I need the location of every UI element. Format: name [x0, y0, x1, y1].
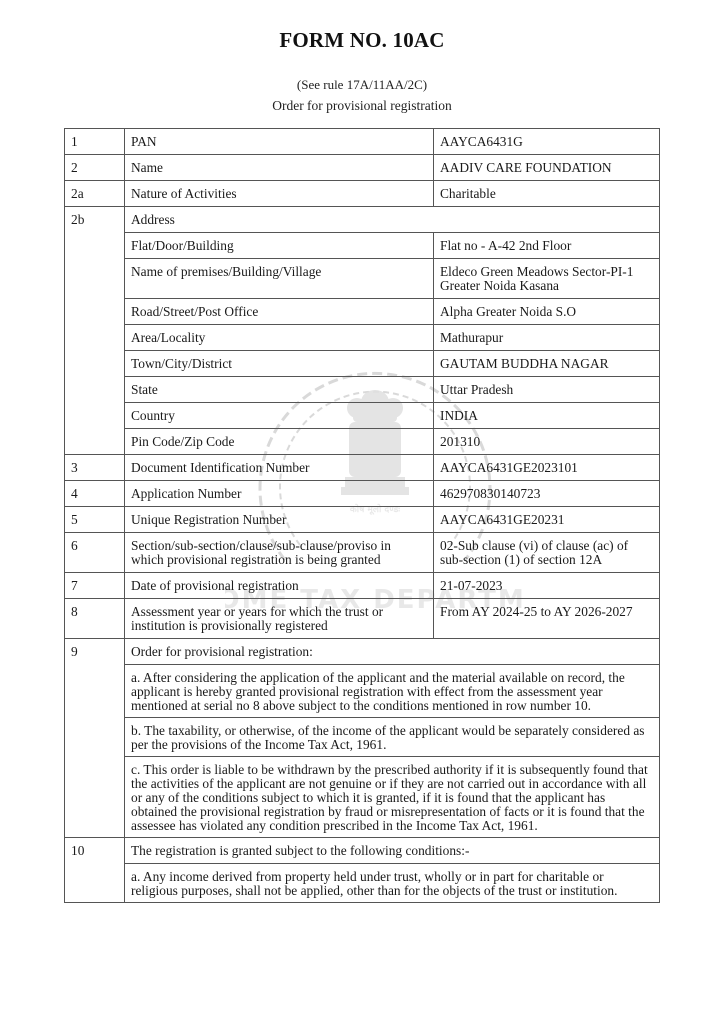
table-row-pan: 1 PAN AAYCA6431G [65, 129, 660, 155]
registration-form-table: 1 PAN AAYCA6431G 2 Name AADIV CARE FOUND… [64, 128, 660, 903]
row-number: 4 [65, 481, 125, 507]
order-paragraph-a: a. After considering the application of … [65, 665, 660, 718]
table-row-registration-date: 7 Date of provisional registration 21-07… [65, 573, 660, 599]
field-label-application-number: Application Number [125, 481, 434, 507]
field-label-town: Town/City/District [125, 351, 434, 377]
table-row-registration-number: 5 Unique Registration Number AAYCA6431GE… [65, 507, 660, 533]
field-label-registration-date: Date of provisional registration [125, 573, 434, 599]
field-value-document-id: AAYCA6431GE2023101 [434, 455, 660, 481]
field-value-state: Uttar Pradesh [434, 377, 660, 403]
row-number: 2 [65, 155, 125, 181]
order-text-b: b. The taxability, or otherwise, of the … [125, 718, 660, 757]
table-row-conditions: 10 The registration is granted subject t… [65, 838, 660, 864]
field-value-premises: Eldeco Green Meadows Sector-PI-1 Greater… [434, 259, 660, 299]
table-row-name: 2 Name AADIV CARE FOUNDATION [65, 155, 660, 181]
address-row-state: State Uttar Pradesh [65, 377, 660, 403]
field-value-country: INDIA [434, 403, 660, 429]
field-label-registration-number: Unique Registration Number [125, 507, 434, 533]
address-row-premises: Name of premises/Building/Village Eldeco… [65, 259, 660, 299]
row-number: 10 [65, 838, 125, 903]
table-row-document-id: 3 Document Identification Number AAYCA64… [65, 455, 660, 481]
field-label-country: Country [125, 403, 434, 429]
row-number: 1 [65, 129, 125, 155]
field-value-road: Alpha Greater Noida S.O [434, 299, 660, 325]
row-number: 3 [65, 455, 125, 481]
field-label-pincode: Pin Code/Zip Code [125, 429, 434, 455]
order-paragraph-c: c. This order is liable to be withdrawn … [65, 757, 660, 838]
table-row-nature-of-activities: 2a Nature of Activities Charitable [65, 181, 660, 207]
row-number: 7 [65, 573, 125, 599]
field-label-assessment-years: Assessment year or years for which the t… [125, 599, 434, 639]
field-label-road: Road/Street/Post Office [125, 299, 434, 325]
address-row-town: Town/City/District GAUTAM BUDDHA NAGAR [65, 351, 660, 377]
field-value-application-number: 462970830140723 [434, 481, 660, 507]
order-heading: Order for provisional registration: [125, 639, 660, 665]
row-number: 9 [65, 639, 125, 838]
field-value-section: 02-Sub clause (vi) of clause (ac) of sub… [434, 533, 660, 573]
row-number: 6 [65, 533, 125, 573]
row-number: 2b [65, 207, 125, 455]
field-label-section: Section/sub-section/clause/sub-clause/pr… [125, 533, 434, 573]
address-row-flat: Flat/Door/Building Flat no - A-42 2nd Fl… [65, 233, 660, 259]
form-subtitle: Order for provisional registration [0, 98, 724, 114]
conditions-heading: The registration is granted subject to t… [125, 838, 660, 864]
field-value-nature-of-activities: Charitable [434, 181, 660, 207]
field-label-flat: Flat/Door/Building [125, 233, 434, 259]
address-row-pincode: Pin Code/Zip Code 201310 [65, 429, 660, 455]
field-value-town: GAUTAM BUDDHA NAGAR [434, 351, 660, 377]
field-label-document-id: Document Identification Number [125, 455, 434, 481]
table-row-address: 2b Address [65, 207, 660, 233]
field-label-address: Address [125, 207, 660, 233]
field-label-premises: Name of premises/Building/Village [125, 259, 434, 299]
field-value-flat: Flat no - A-42 2nd Floor [434, 233, 660, 259]
field-label-state: State [125, 377, 434, 403]
field-label-area: Area/Locality [125, 325, 434, 351]
table-row-application-number: 4 Application Number 462970830140723 [65, 481, 660, 507]
address-row-area: Area/Locality Mathurapur [65, 325, 660, 351]
form-rule-reference: (See rule 17A/11AA/2C) [0, 77, 724, 93]
field-value-registration-date: 21-07-2023 [434, 573, 660, 599]
field-label-name: Name [125, 155, 434, 181]
field-value-area: Mathurapur [434, 325, 660, 351]
form-title: FORM NO. 10AC [0, 28, 724, 53]
address-row-country: Country INDIA [65, 403, 660, 429]
field-value-pan: AAYCA6431G [434, 129, 660, 155]
row-number: 5 [65, 507, 125, 533]
order-paragraph-b: b. The taxability, or otherwise, of the … [65, 718, 660, 757]
condition-text-a: a. Any income derived from property held… [125, 864, 660, 903]
order-text-a: a. After considering the application of … [125, 665, 660, 718]
field-value-registration-number: AAYCA6431GE20231 [434, 507, 660, 533]
field-value-pincode: 201310 [434, 429, 660, 455]
field-value-name: AADIV CARE FOUNDATION [434, 155, 660, 181]
field-label-pan: PAN [125, 129, 434, 155]
row-number: 2a [65, 181, 125, 207]
field-value-assessment-years: From AY 2024-25 to AY 2026-2027 [434, 599, 660, 639]
table-row-assessment-years: 8 Assessment year or years for which the… [65, 599, 660, 639]
condition-paragraph-a: a. Any income derived from property held… [65, 864, 660, 903]
order-text-c: c. This order is liable to be withdrawn … [125, 757, 660, 838]
field-label-nature-of-activities: Nature of Activities [125, 181, 434, 207]
table-row-order: 9 Order for provisional registration: [65, 639, 660, 665]
row-number: 8 [65, 599, 125, 639]
address-row-road: Road/Street/Post Office Alpha Greater No… [65, 299, 660, 325]
table-row-section: 6 Section/sub-section/clause/sub-clause/… [65, 533, 660, 573]
